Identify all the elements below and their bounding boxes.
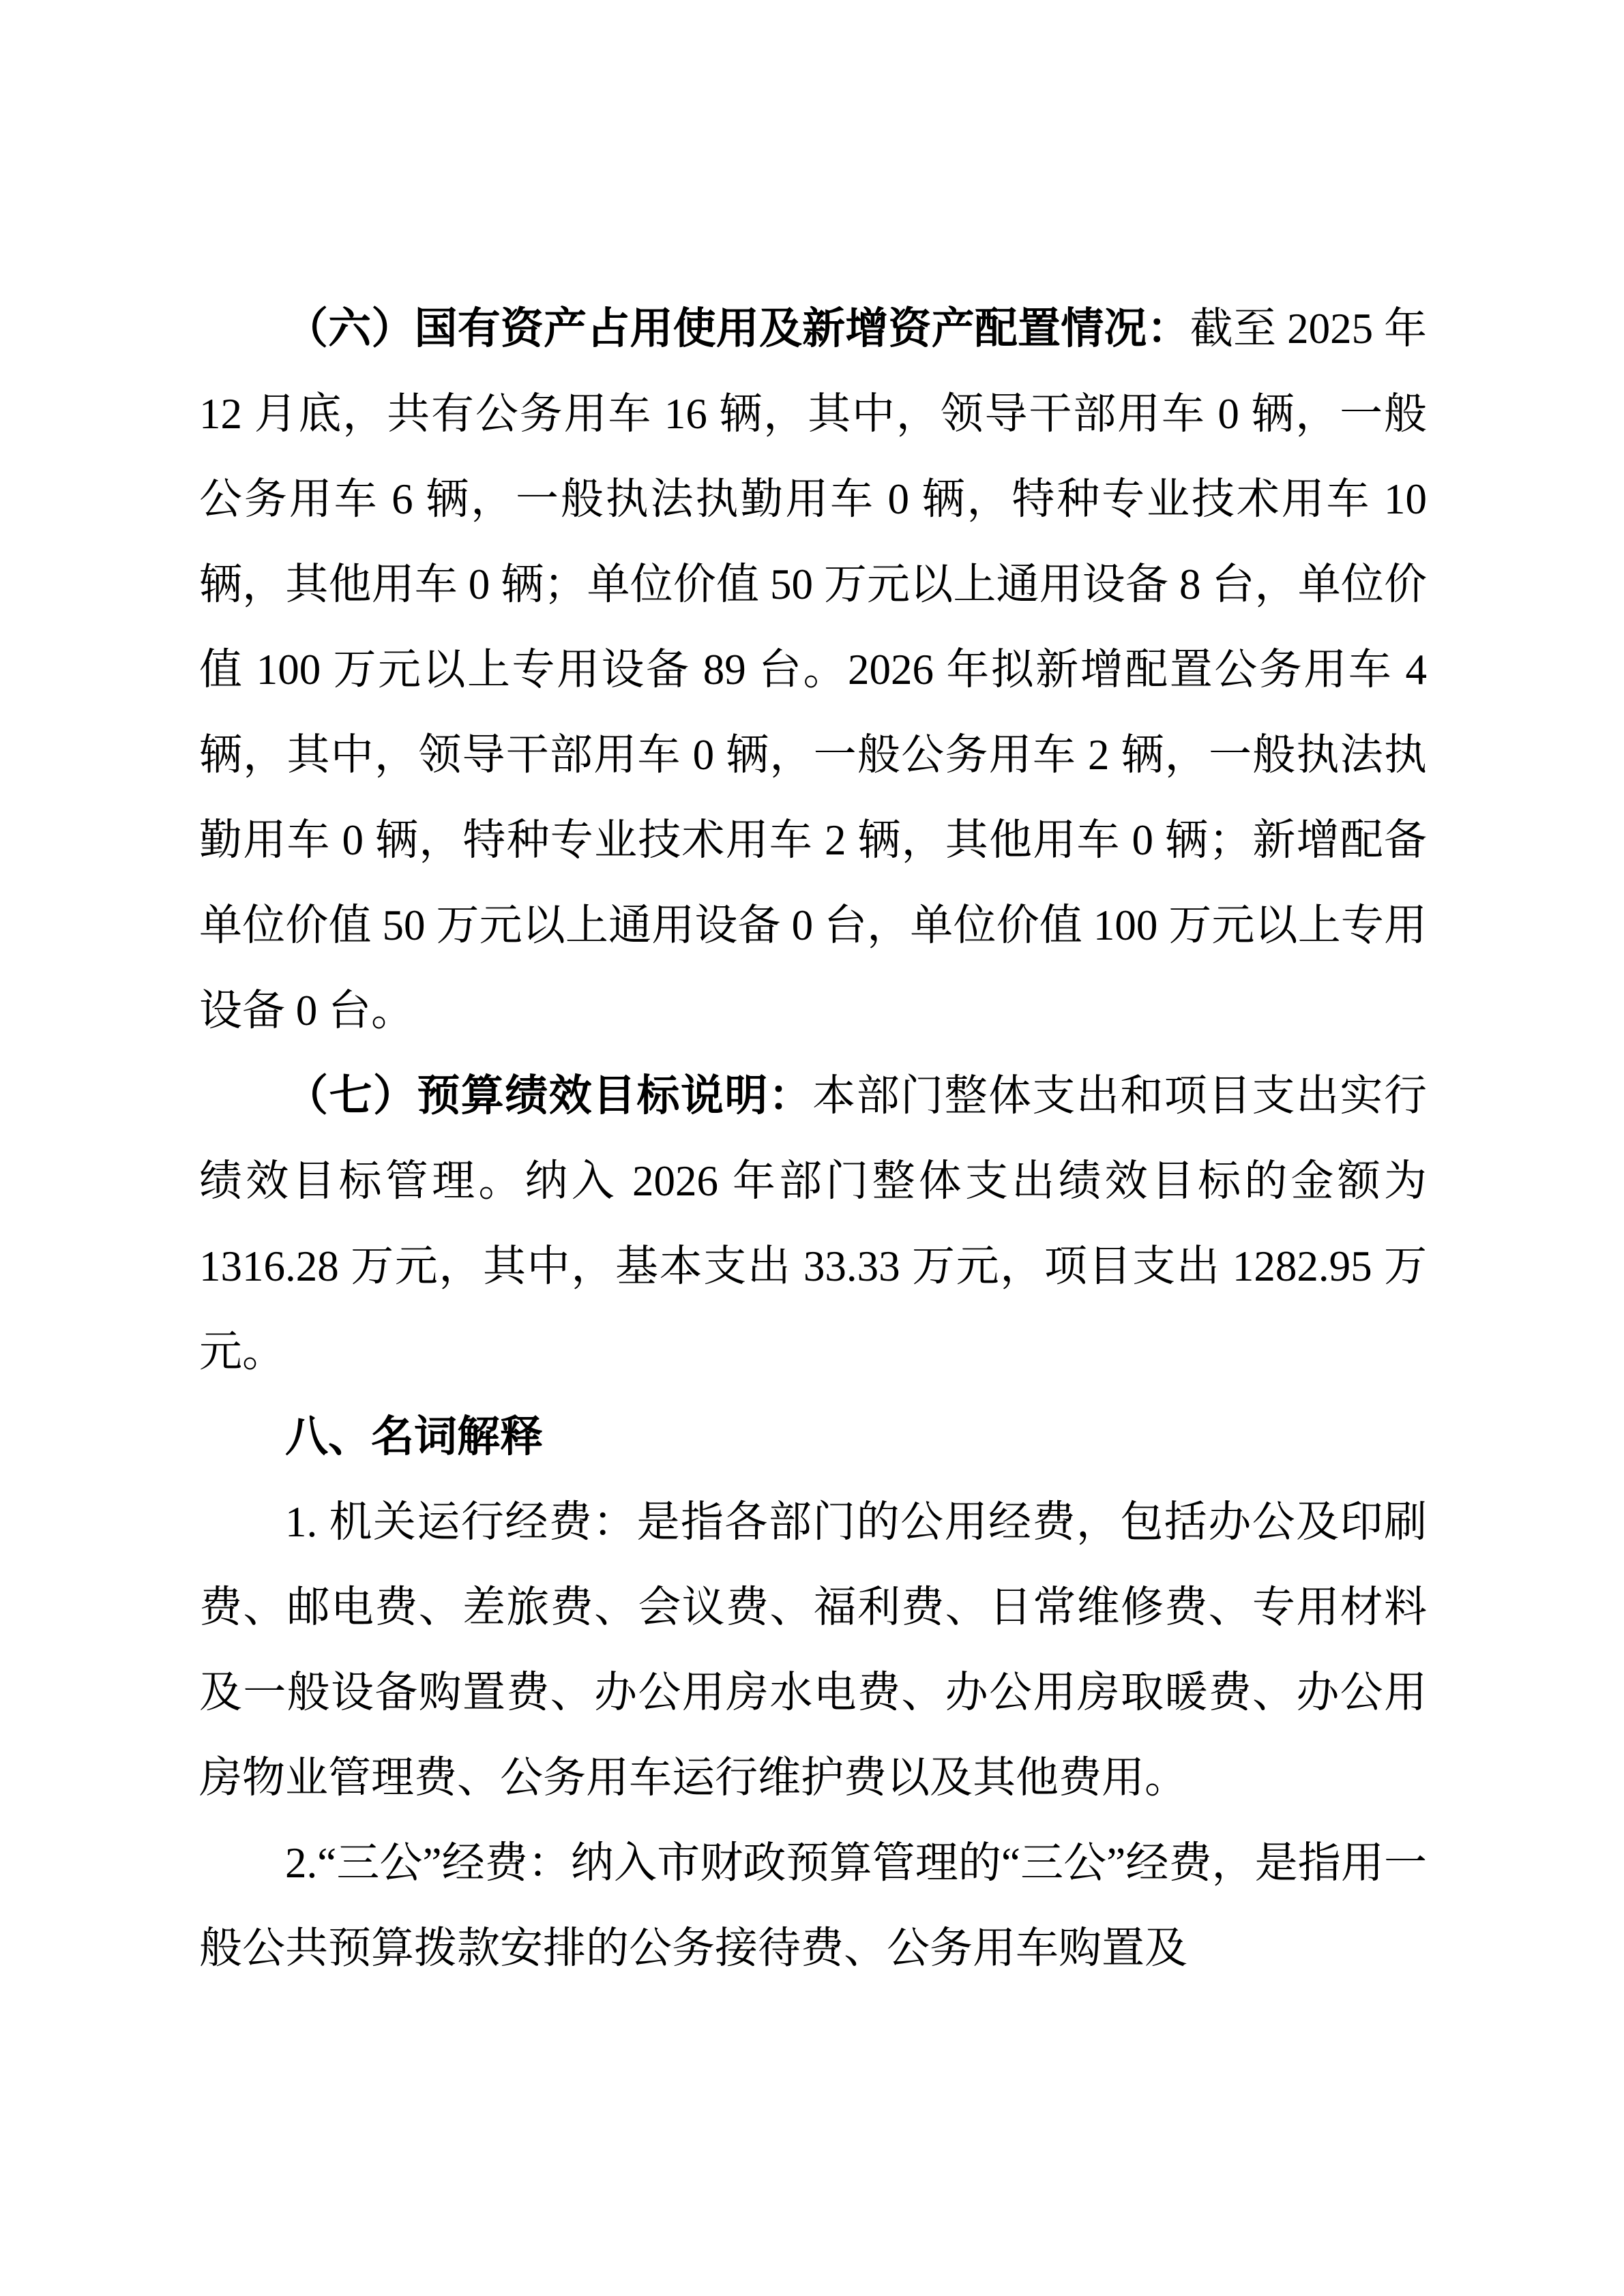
para-state-assets-lead: （六）国有资产占用使用及新增资产配置情况：: [285, 305, 1190, 353]
para-def-operating-expenses: 1. 机关运行经费：是指各部门的公用经费，包括办公及印刷费、邮电费、差旅费、会议…: [199, 1480, 1427, 1821]
document-page: （六）国有资产占用使用及新增资产配置情况：截至 2025 年 12 月底，共有公…: [0, 0, 1624, 2296]
section-heading-glossary: 八、名词解释: [199, 1395, 1427, 1480]
para-budget-performance: （七）预算绩效目标说明：本部门整体支出和项目支出实行绩效目标管理。纳入 2026…: [199, 1054, 1427, 1395]
para-def-three-public-funds: 2.“三公”经费：纳入市财政预算管理的“三公”经费，是指用一般公共预算拨款安排的…: [199, 1821, 1427, 1991]
document-body: （六）国有资产占用使用及新增资产配置情况：截至 2025 年 12 月底，共有公…: [199, 286, 1427, 1991]
para-state-assets-text: 截至 2025 年 12 月底，共有公务用车 16 辆，其中，领导干部用车 0 …: [199, 305, 1427, 1034]
para-state-assets: （六）国有资产占用使用及新增资产配置情况：截至 2025 年 12 月底，共有公…: [199, 286, 1427, 1054]
para-budget-performance-lead: （七）预算绩效目标说明：: [285, 1072, 812, 1120]
